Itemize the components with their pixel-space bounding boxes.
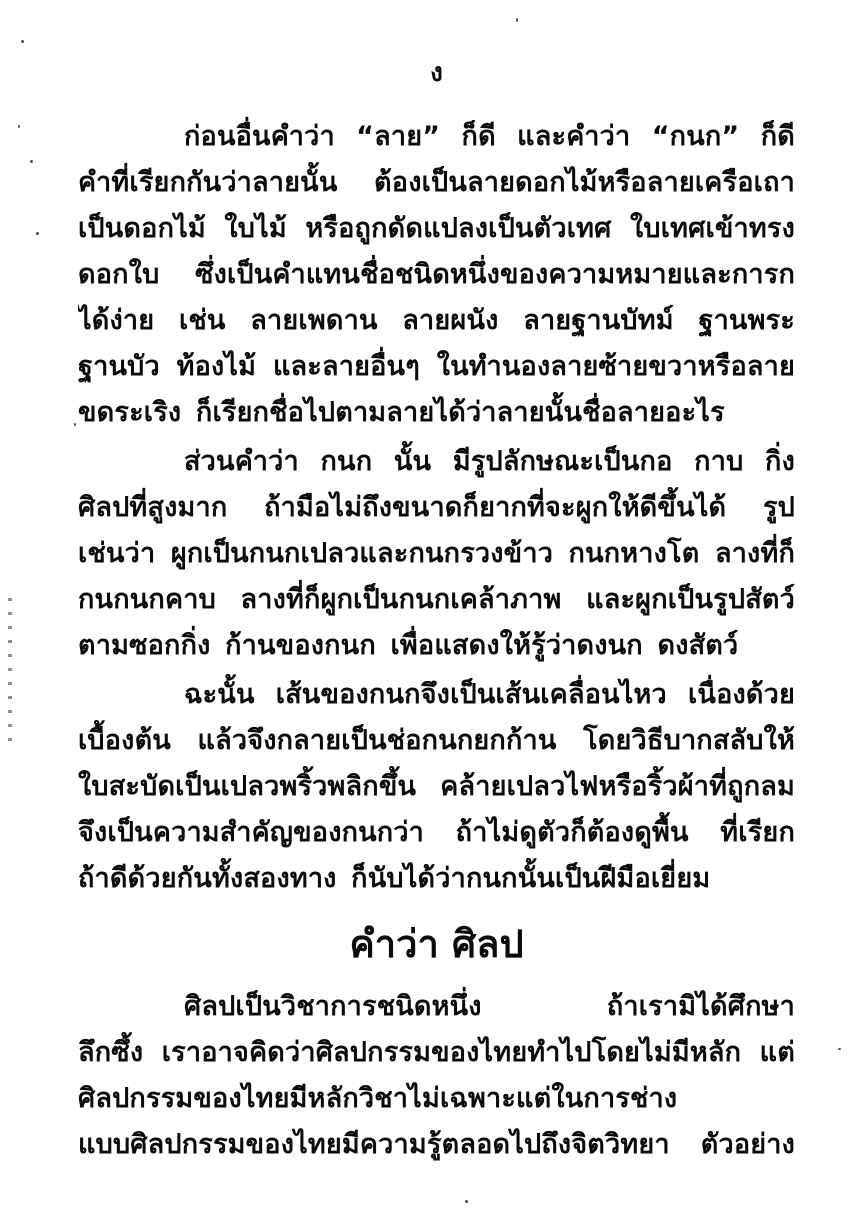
text-line: ศิลปเป็นวิชาการชนิดหนึ่ง ถ้าเรามิได้ศึกษ… — [78, 984, 795, 1030]
paragraph: ส่วนคำว่า กนก นั้น มีรูปลักษณะเป็นกอ กาบ… — [78, 439, 795, 669]
text-line: จึงเป็นความสำคัญของกนกว่า ถ้าไม่ดูตัวก็ต… — [78, 810, 795, 856]
text-line: เช่นว่า ผูกเป็นกนกเปลวและกนกรวงข้าว กนกห… — [78, 531, 795, 577]
scan-speck — [465, 1200, 468, 1203]
scan-speck — [30, 160, 33, 163]
text-line: ขดระเริง ก็เรียกชื่อไปตามลายได้ว่าลายนั้… — [78, 390, 795, 436]
text-line: เบื้องต้น แล้วจึงกลายเป็นช่อกนกยกก้าน โด… — [78, 718, 795, 764]
text-line: เป็นดอกไม้ ใบไม้ หรือถูกดัดแปลงเป็นตัวเท… — [78, 206, 795, 252]
scan-speck — [18, 125, 20, 128]
scan-speck — [21, 40, 24, 43]
page-number: ง — [78, 50, 795, 96]
text-line: ศิลปที่สูงมาก ถ้ามือไม่ถึงขนาดก็ยากที่จะ… — [78, 485, 795, 531]
scan-speck — [36, 232, 39, 235]
scanned-document-page: ง ก่อนอื่นคำว่า “ลาย” ก็ดี และคำว่า “กนก… — [0, 0, 862, 1224]
scan-speck — [74, 423, 76, 426]
section-heading: คำว่า ศิลป — [78, 918, 795, 970]
text-line: ฐานบัว ท้องไม้ และลายอื่นๆ ในทำนองลายซ้า… — [78, 344, 795, 390]
text-line: คำที่เรียกกันว่าลายนั้น ต้องเป็นลายดอกไม… — [78, 160, 795, 206]
text-line: ลึกซึ้ง เราอาจคิดว่าศิลปกรรมของไทยทำไปโด… — [78, 1030, 795, 1076]
text-line: ดอกใบ ซึ่งเป็นคำแทนชื่อชนิดหนึ่งของความห… — [78, 252, 795, 298]
text-line: ใบสะบัดเป็นเปลวพริ้วพลิกขึ้น คล้ายเปลวไฟ… — [78, 764, 795, 810]
body-text-bottom: ศิลปเป็นวิชาการชนิดหนึ่ง ถ้าเรามิได้ศึกษ… — [78, 984, 795, 1168]
text-line: ฉะนั้น เส้นของกนกจึงเป็นเส้นเคลื่อนไหว เ… — [78, 672, 795, 718]
text-line: ถ้าดีด้วยกันทั้งสองทาง ก็นับได้ว่ากนกนั้… — [78, 856, 795, 902]
body-text-top: ก่อนอื่นคำว่า “ลาย” ก็ดี และคำว่า “กนก” … — [78, 114, 795, 902]
scan-speck — [838, 1048, 841, 1050]
text-line: ได้ง่าย เช่น ลายเพดาน ลายผนัง ลายฐานบัทม… — [78, 298, 795, 344]
text-line: กนกนกคาบ ลางที่ก็ผูกเป็นกนกเคล้าภาพ และผ… — [78, 577, 795, 623]
paragraph: ก่อนอื่นคำว่า “ลาย” ก็ดี และคำว่า “กนก” … — [78, 114, 795, 436]
text-line: ศิลปกรรมของไทยมีหลักวิชาไม่เฉพาะแต่ในการ… — [78, 1076, 795, 1122]
paragraph: ฉะนั้น เส้นของกนกจึงเป็นเส้นเคลื่อนไหว เ… — [78, 672, 795, 902]
text-line: ก่อนอื่นคำว่า “ลาย” ก็ดี และคำว่า “กนก” … — [78, 114, 795, 160]
text-line: ตามซอกกิ่ง ก้านของกนก เพื่อแสดงให้รู้ว่า… — [78, 623, 795, 669]
scan-noise-column — [8, 598, 12, 748]
scan-speck — [516, 18, 518, 22]
paragraph: ศิลปเป็นวิชาการชนิดหนึ่ง ถ้าเรามิได้ศึกษ… — [78, 984, 795, 1168]
text-line: ส่วนคำว่า กนก นั้น มีรูปลักษณะเป็นกอ กาบ… — [78, 439, 795, 485]
text-line: แบบศิลปกรรมของไทยมีความรู้ตลอดไปถึงจิตวิ… — [78, 1122, 795, 1168]
